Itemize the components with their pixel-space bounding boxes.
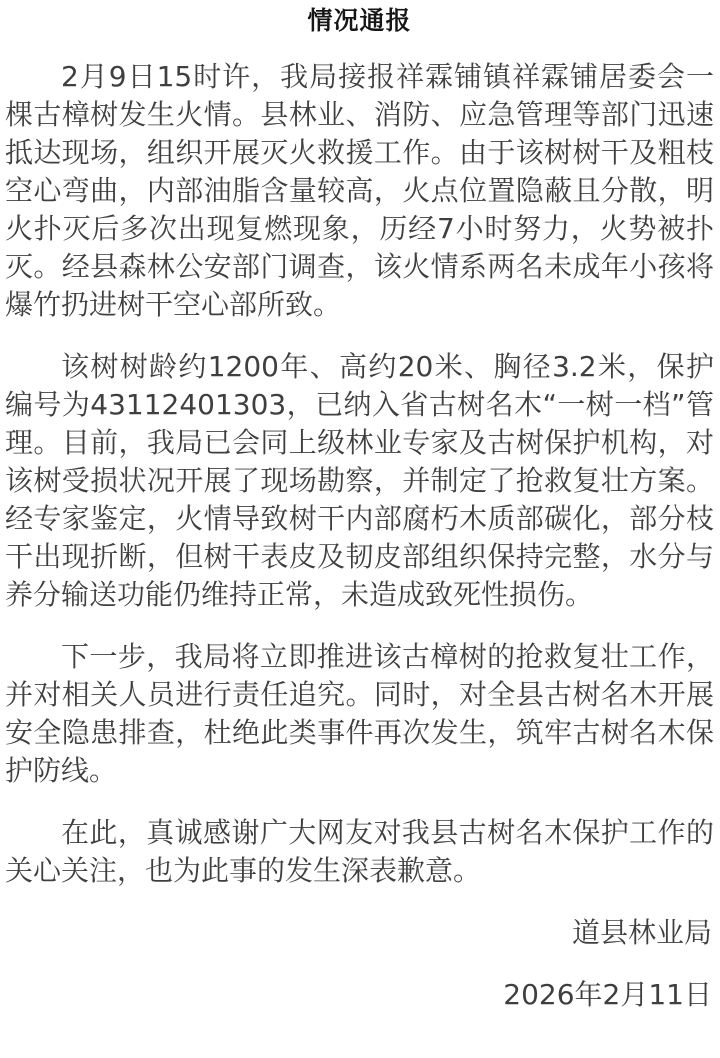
- signature-agency: 道县林业局: [5, 914, 714, 952]
- notice-title: 情况通报: [5, 4, 714, 38]
- paragraph-tree-assessment: 该树树龄约1200年、高约20米、胸径3.2米，保护编号为43112401303…: [5, 348, 714, 614]
- paragraph-incident-report: 2月9日15时许，我局接报祥霖铺镇祥霖铺居委会一棵古樟树发生火情。县林业、消防、…: [5, 58, 714, 324]
- signature-date: 2026年2月11日: [5, 976, 714, 1014]
- paragraph-apology: 在此，真诚感谢广大网友对我县古树名木保护工作的关心关注，也为此事的发生深表歉意。: [5, 814, 714, 890]
- paragraph-next-steps: 下一步，我局将立即推进该古樟树的抢救复壮工作，并对相关人员进行责任追究。同时，对…: [5, 638, 714, 790]
- notice-body: 2月9日15时许，我局接报祥霖铺镇祥霖铺居委会一棵古樟树发生火情。县林业、消防、…: [5, 58, 714, 1014]
- notice-document: 情况通报 2月9日15时许，我局接报祥霖铺镇祥霖铺居委会一棵古樟树发生火情。县林…: [0, 0, 720, 1058]
